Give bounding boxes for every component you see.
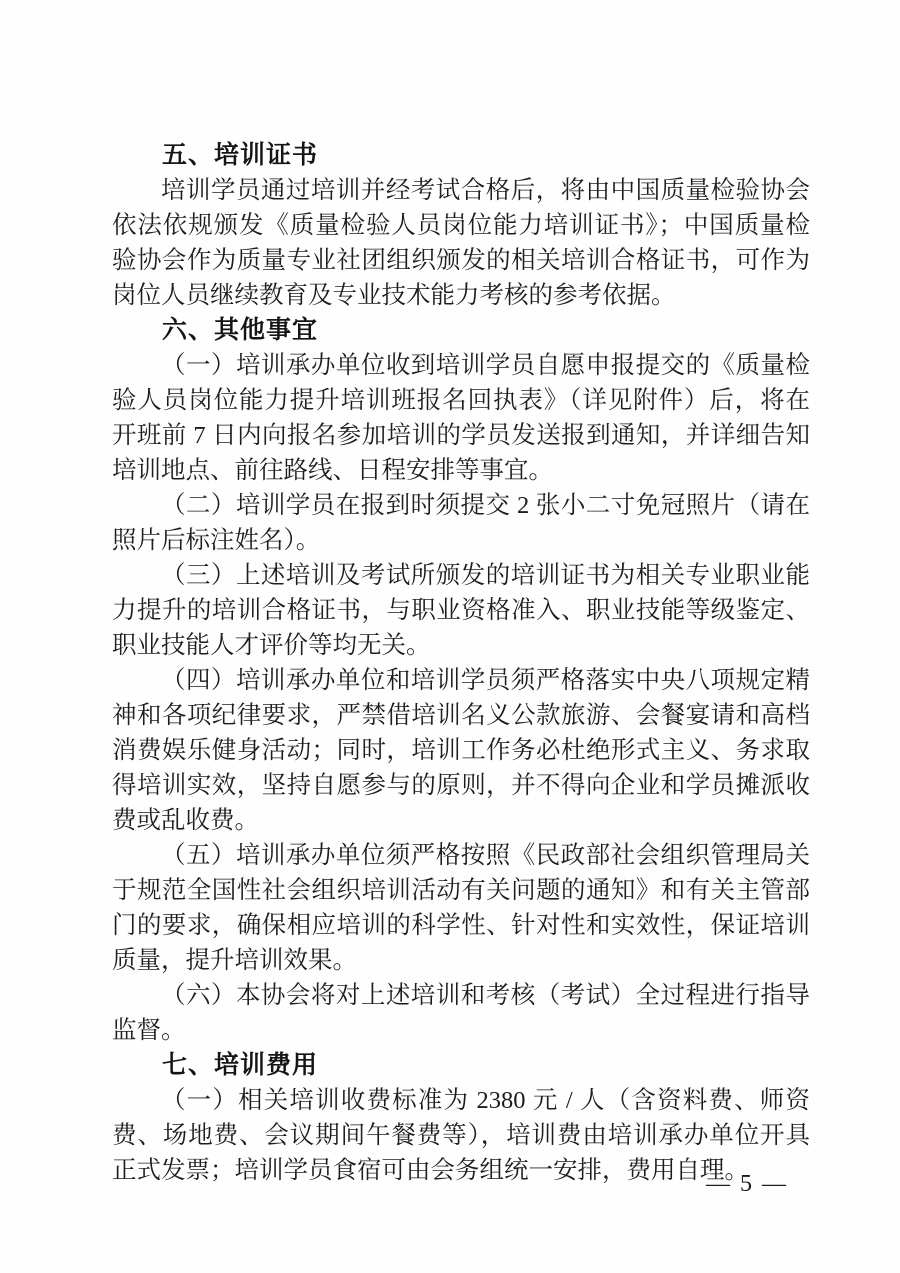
page-number: — 5 —	[706, 1171, 788, 1197]
paragraph: （三）上述培训及考试所颁发的培训证书为相关专业职业能力提升的培训合格证书，与职业…	[112, 558, 810, 663]
section-heading-other-matters: 六、其他事宜	[112, 313, 810, 348]
page-number-footer: — 5 —	[706, 1170, 788, 1198]
paragraph: （一）培训承办单位收到培训学员自愿申报提交的《质量检验人员岗位能力提升培训班报名…	[112, 348, 810, 488]
section-heading-training-certificate: 五、培训证书	[112, 138, 810, 173]
section-heading-training-fees: 七、培训费用	[112, 1048, 810, 1083]
paragraph: （六）本协会将对上述培训和考核（考试）全过程进行指导监督。	[112, 978, 810, 1048]
paragraph: （五）培训承办单位须严格按照《民政部社会组织管理局关于规范全国性社会组织培训活动…	[112, 838, 810, 978]
paragraph: （四）培训承办单位和培训学员须严格落实中央八项规定精神和各项纪律要求，严禁借培训…	[112, 663, 810, 838]
document-page: 五、培训证书 培训学员通过培训并经考试合格后，将由中国质量检验协会依法依规颁发《…	[0, 0, 900, 1273]
paragraph: 培训学员通过培训并经考试合格后，将由中国质量检验协会依法依规颁发《质量检验人员岗…	[112, 173, 810, 313]
document-body: 五、培训证书 培训学员通过培训并经考试合格后，将由中国质量检验协会依法依规颁发《…	[112, 138, 810, 1188]
paragraph: （二）培训学员在报到时须提交 2 张小二寸免冠照片（请在照片后标注姓名）。	[112, 488, 810, 558]
